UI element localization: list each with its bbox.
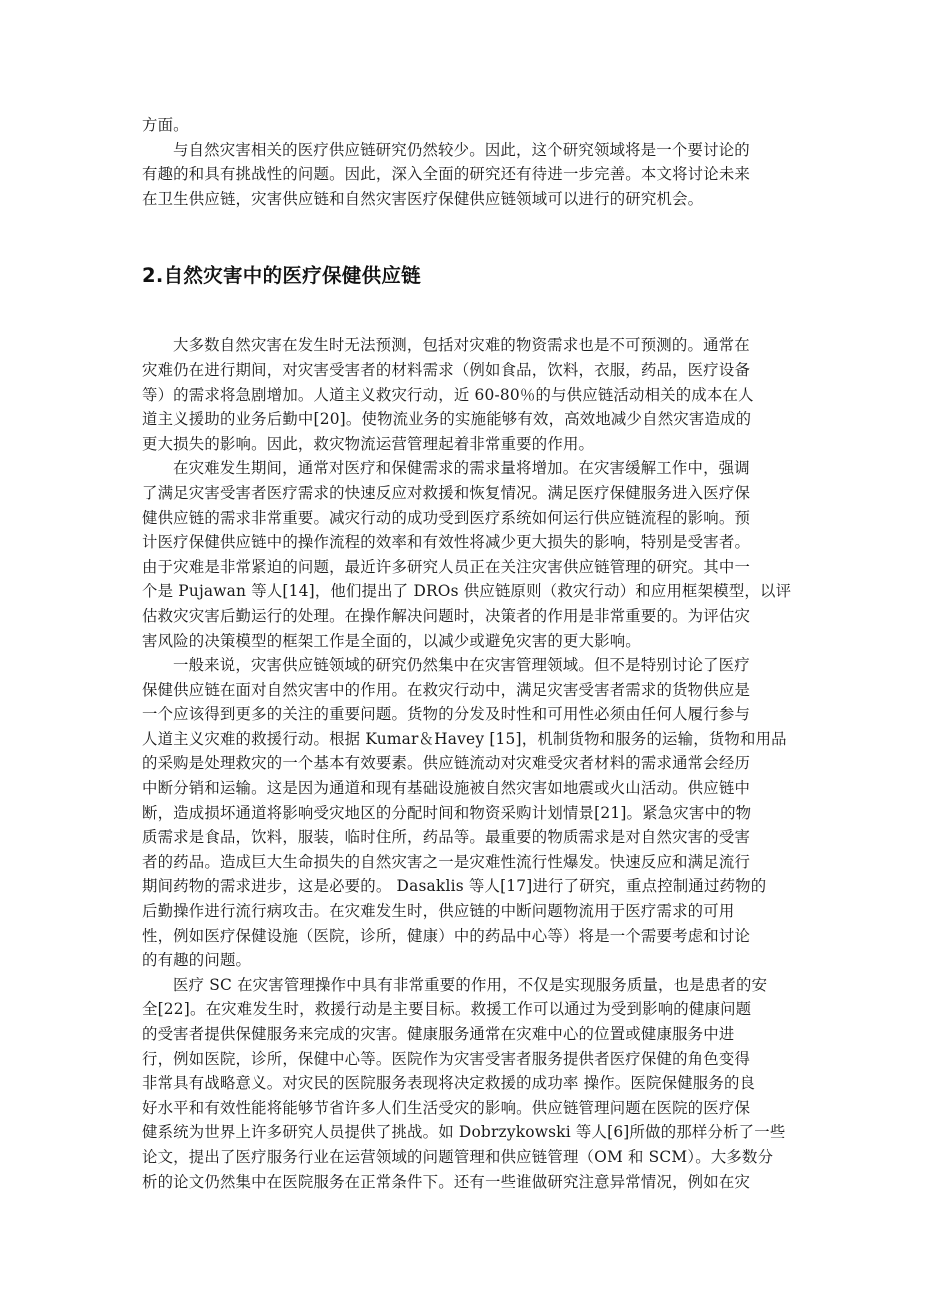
- text-line: 更大损失的影响。因此，救灾物流运营管理起着非常重要的作用。: [142, 432, 784, 457]
- text-line: 个是 Pujawan 等人[14]，他们提出了 DROs 供应链原则（救灾行动）…: [142, 579, 784, 604]
- text-line: 好水平和有效性能将能够节省许多人们生活受灾的影响。供应链管理问题在医院的医疗保: [142, 1096, 784, 1121]
- text-line: 保健供应链在面对自然灾害中的作用。在救灾行动中，满足灾害受害者需求的货物供应是: [142, 678, 784, 703]
- intro-paragraph: 与自然灾害相关的医疗供应链研究仍然较少。因此，这个研究领域将是一个要讨论的 有趣…: [142, 138, 784, 212]
- text-line: 害风险的决策模型的框架工作是全面的，以减少或避免灾害的更大影响。: [142, 629, 784, 654]
- text-line: 中断分销和运输。这是因为通道和现有基础设施被自然灾害如地震或火山活动。供应链中: [142, 776, 784, 801]
- text-line: 与自然灾害相关的医疗供应链研究仍然较少。因此，这个研究领域将是一个要讨论的: [142, 138, 784, 163]
- text-line: 了满足灾害受害者医疗需求的快速反应对救援和恢复情况。满足医疗保健服务进入医疗保: [142, 481, 784, 506]
- paragraph-3: 一般来说，灾害供应链领域的研究仍然集中在灾害管理领域。但不是特别讨论了医疗 保健…: [142, 653, 784, 973]
- paragraph-4: 医疗 SC 在灾害管理操作中具有非常重要的作用，不仅是实现服务质量，也是患者的安…: [142, 973, 784, 1194]
- text-line: 人道主义灾难的救援行动。根据 Kumar＆Havey [15]，机制货物和服务的…: [142, 727, 784, 752]
- text-line: 全[22]。在灾难发生时，救援行动是主要目标。救援工作可以通过为受到影响的健康问…: [142, 997, 784, 1022]
- text-line: 析的论文仍然集中在医院服务在正常条件下。还有一些谁做研究注意异常情况，例如在灾: [142, 1170, 784, 1195]
- text-line: 在卫生供应链，灾害供应链和自然灾害医疗保健供应链领域可以进行的研究机会。: [142, 187, 784, 212]
- text-line: 质需求是食品，饮料，服装，临时住所，药品等。最重要的物质需求是对自然灾害的受害: [142, 825, 784, 850]
- text-line: 性，例如医疗保健设施（医院，诊所，健康）中的药品中心等）将是一个需要考虑和讨论: [142, 924, 784, 949]
- text-line: 的受害者提供保健服务来完成的灾害。健康服务通常在灾难中心的位置或健康服务中进: [142, 1022, 784, 1047]
- text-line: 的有趣的问题。: [142, 948, 784, 973]
- text-line: 行，例如医院，诊所，保健中心等。医院作为灾害受害者服务提供者医疗保健的角色变得: [142, 1047, 784, 1072]
- section-heading: 2.自然灾害中的医疗保健供应链: [142, 263, 784, 289]
- text-line: 的采购是处理救灾的一个基本有效要素。供应链流动对灾难受灾者材料的需求通常会经历: [142, 751, 784, 776]
- text-line: 健供应链的需求非常重要。减灾行动的成功受到医疗系统如何运行供应链流程的影响。预: [142, 506, 784, 531]
- text-line: 方面。: [142, 113, 784, 138]
- text-line: 医疗 SC 在灾害管理操作中具有非常重要的作用，不仅是实现服务质量，也是患者的安: [142, 973, 784, 998]
- text-line: 后勤操作进行流行病攻击。在灾难发生时，供应链的中断问题物流用于医疗需求的可用: [142, 899, 784, 924]
- text-line: 由于灾难是非常紧迫的问题，最近许多研究人员正在关注灾害供应链管理的研究。其中一: [142, 555, 784, 580]
- text-line: 估救灾灾害后勤运行的处理。在操作解决问题时，决策者的作用是非常重要的。为评估灾: [142, 604, 784, 629]
- text-line: 断，造成损坏通道将影响受灾地区的分配时间和物资采购计划情景[21]。紧急灾害中的…: [142, 801, 784, 826]
- text-line: 一般来说，灾害供应链领域的研究仍然集中在灾害管理领域。但不是特别讨论了医疗: [142, 653, 784, 678]
- text-line: 在灾难发生期间，通常对医疗和保健需求的需求量将增加。在灾害缓解工作中，强调: [142, 456, 784, 481]
- paragraph-2: 在灾难发生期间，通常对医疗和保健需求的需求量将增加。在灾害缓解工作中，强调 了满…: [142, 456, 784, 653]
- text-line: 计医疗保健供应链中的操作流程的效率和有效性将减少更大损失的影响，特别是受害者。: [142, 530, 784, 555]
- text-line: 者的药品。造成巨大生命损失的自然灾害之一是灾难性流行性爆发。快速反应和满足流行: [142, 850, 784, 875]
- paragraph-1: 大多数自然灾害在发生时无法预测，包括对灾难的物资需求也是不可预测的。通常在 灾难…: [142, 333, 784, 456]
- text-line: 大多数自然灾害在发生时无法预测，包括对灾难的物资需求也是不可预测的。通常在: [142, 333, 784, 358]
- text-line: 有趣的和具有挑战性的问题。因此，深入全面的研究还有待进一步完善。本文将讨论未来: [142, 162, 784, 187]
- text-line: 论文，提出了医疗服务行业在运营领域的问题管理和供应链管理（OM 和 SCM）。大…: [142, 1145, 784, 1170]
- text-line: 一个应该得到更多的关注的重要问题。货物的分发及时性和可用性必须由任何人履行参与: [142, 702, 784, 727]
- text-line: 非常具有战略意义。对灾民的医院服务表现将决定救援的成功率 操作。医院保健服务的良: [142, 1071, 784, 1096]
- text-line: 灾难仍在进行期间，对灾害受害者的材料需求（例如食品，饮料，衣服，药品，医疗设备: [142, 358, 784, 383]
- text-line: 期间药物的需求进步，这是必要的。 Dasaklis 等人[17]进行了研究，重点…: [142, 874, 784, 899]
- text-line: 健系统为世界上许多研究人员提供了挑战。如 Dobrzykowski 等人[6]所…: [142, 1120, 784, 1145]
- text-line: 等）的需求将急剧增加。人道主义救灾行动，近 60-80％的与供应链活动相关的成本…: [142, 383, 784, 408]
- document-page: 方面。 与自然灾害相关的医疗供应链研究仍然较少。因此，这个研究领域将是一个要讨论…: [142, 113, 784, 1194]
- text-line: 道主义援助的业务后勤中[20]。使物流业务的实施能够有效，高效地减少自然灾害造成…: [142, 407, 784, 432]
